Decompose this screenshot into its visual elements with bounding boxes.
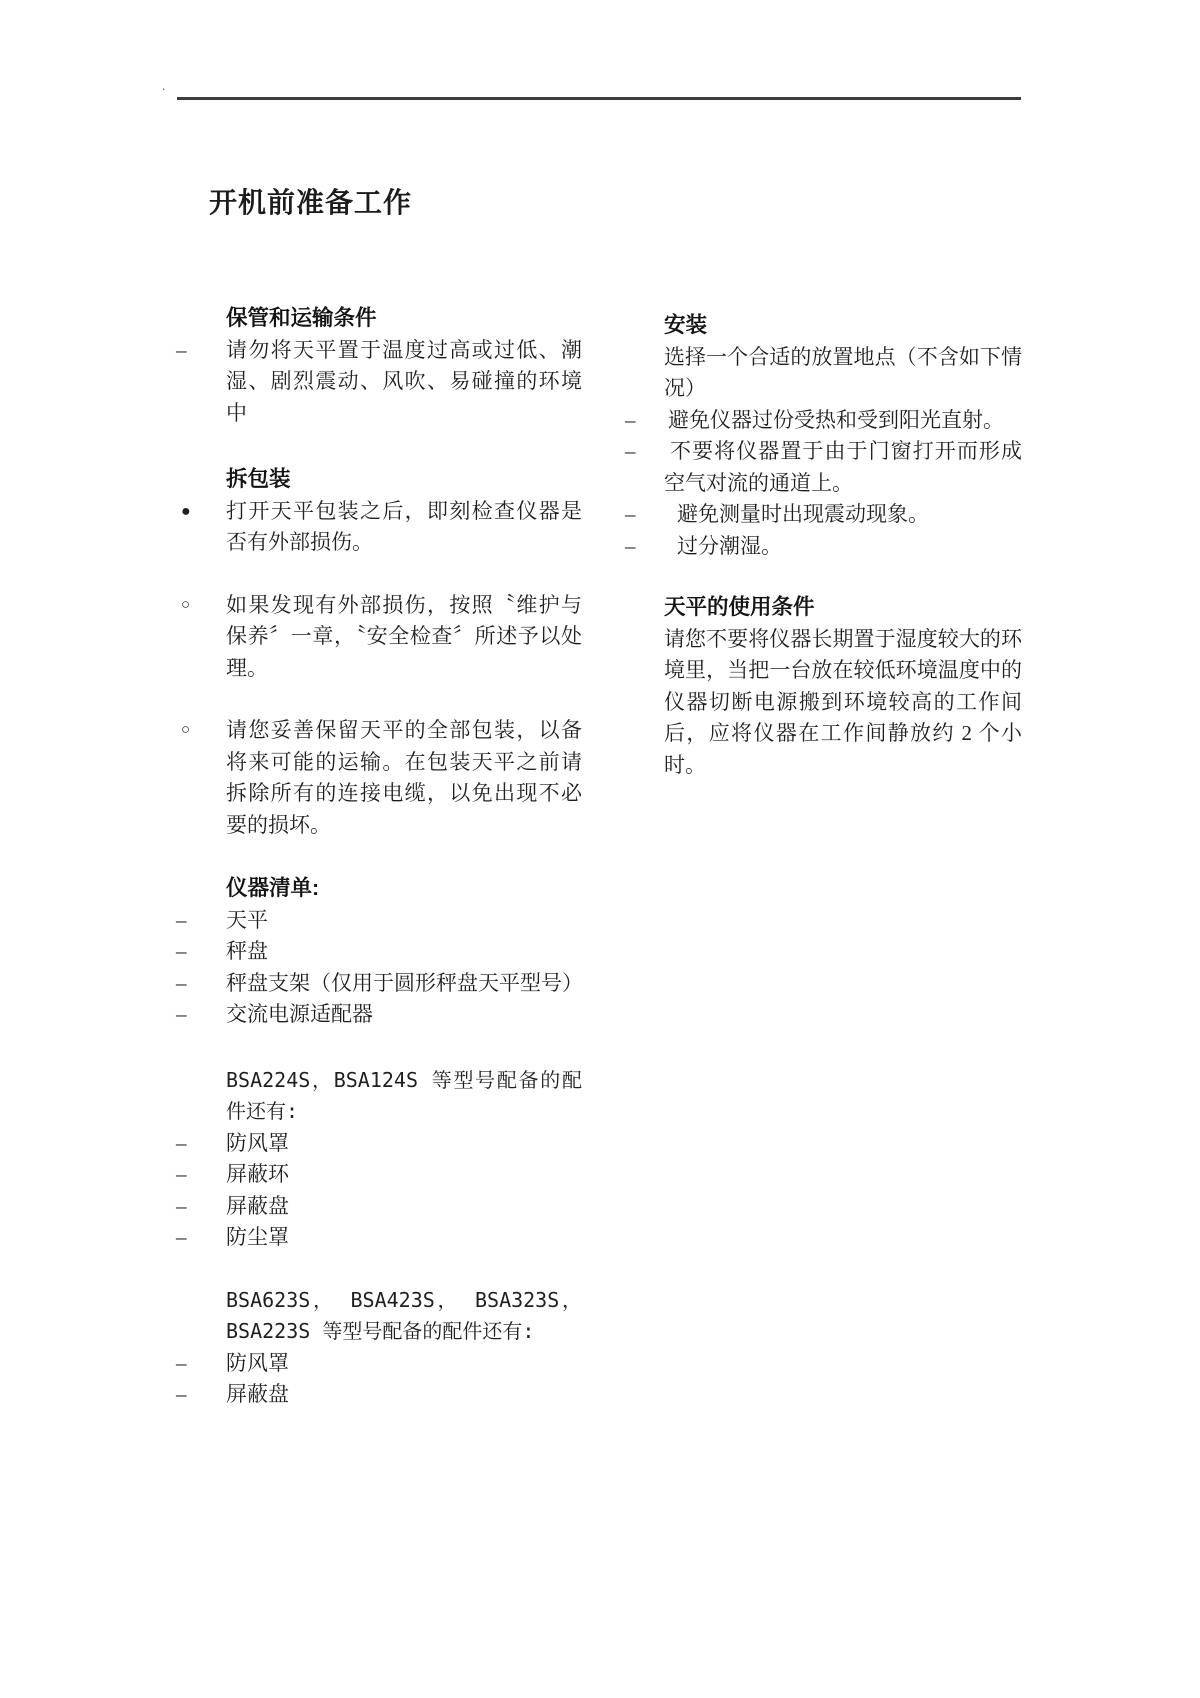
item-text: 请您妥善保留天平的全部包装，以备将来可能的运输。在包装天平之前请拆除所有的连接电… bbox=[226, 715, 582, 841]
list-item: – 屏蔽环 bbox=[174, 1159, 582, 1191]
install-intro: 选择一个合适的放置地点（不含如下情况） bbox=[625, 342, 1022, 405]
item-text: 过分潮湿。 bbox=[664, 531, 1022, 563]
dash-marker: – bbox=[174, 1379, 226, 1411]
dash-marker: – bbox=[174, 335, 226, 430]
list-item: – 避免测量时出现震动现象。 bbox=[625, 499, 1022, 531]
item-text: 防尘罩 bbox=[226, 1222, 582, 1254]
section-heading-unpack: 拆包装 bbox=[174, 464, 582, 496]
models-a-intro: BSA224S，BSA124S 等型号配备的配件还有: bbox=[174, 1065, 582, 1128]
section-heading-install: 安装 bbox=[625, 310, 1022, 342]
list-item: – 请勿将天平置于温度过高或过低、潮湿、剧烈震动、风吹、易碰撞的环境中 bbox=[174, 335, 582, 430]
list-item: ○ 请您妥善保留天平的全部包装，以备将来可能的运输。在包装天平之前请拆除所有的连… bbox=[174, 715, 582, 841]
dash-marker: – bbox=[174, 1222, 226, 1254]
dash-marker: – bbox=[174, 1348, 226, 1380]
dash-marker: – bbox=[625, 405, 664, 437]
item-text: 交流电源适配器 bbox=[226, 999, 582, 1031]
dash-marker: – bbox=[174, 1128, 226, 1160]
dash-marker: – bbox=[174, 999, 226, 1031]
section-heading-storage: 保管和运输条件 bbox=[174, 303, 582, 335]
item-text: 如果发现有外部损伤，按照〝维护与保养〞一章，〝安全检查〞所述予以处理。 bbox=[226, 590, 582, 685]
list-item: – 秤盘 bbox=[174, 936, 582, 968]
section-heading-instrument-list: 仪器清单: bbox=[174, 873, 582, 905]
list-item: – 避免仪器过份受热和受到阳光直射。 bbox=[625, 405, 1022, 437]
conditions-paragraph: 请您不要将仪器长期置于湿度较大的环境里，当把一台放在较低环境温度中的仪器切断电源… bbox=[625, 624, 1022, 782]
manual-page: . 开机前准备工作 保管和运输条件 – 请勿将天平置于温度过高或过低、潮湿、剧烈… bbox=[0, 0, 1200, 1698]
page-title: 开机前准备工作 bbox=[209, 187, 412, 221]
dash-marker: – bbox=[625, 436, 664, 499]
list-item: – 秤盘支架（仅用于圆形秤盘天平型号） bbox=[174, 968, 582, 1000]
item-text: 屏蔽盘 bbox=[226, 1191, 582, 1223]
item-text: 秤盘支架（仅用于圆形秤盘天平型号） bbox=[226, 968, 582, 1000]
item-text: 秤盘 bbox=[226, 936, 582, 968]
list-item: – 防风罩 bbox=[174, 1348, 582, 1380]
right-column: 安装 选择一个合适的放置地点（不含如下情况） – 避免仪器过份受热和受到阳光直射… bbox=[625, 310, 1022, 781]
list-item: – 防风罩 bbox=[174, 1128, 582, 1160]
item-text: 避免测量时出现震动现象。 bbox=[664, 499, 1022, 531]
dash-marker: – bbox=[174, 905, 226, 937]
dash-marker: – bbox=[174, 1159, 226, 1191]
list-item: – 天平 bbox=[174, 905, 582, 937]
item-text: 请勿将天平置于温度过高或过低、潮湿、剧烈震动、风吹、易碰撞的环境中 bbox=[226, 335, 582, 430]
models-b-intro: BSA623S， BSA423S， BSA323S，BSA223S 等型号配备的… bbox=[174, 1285, 582, 1348]
item-text: 屏蔽盘 bbox=[226, 1379, 582, 1411]
stray-dot: . bbox=[162, 78, 165, 94]
filled-bullet-marker: ● bbox=[174, 496, 226, 559]
item-text: 天平 bbox=[226, 905, 582, 937]
dash-marker: – bbox=[174, 1191, 226, 1223]
list-item: – 屏蔽盘 bbox=[174, 1191, 582, 1223]
item-text: 防风罩 bbox=[226, 1348, 582, 1380]
list-item: – 防尘罩 bbox=[174, 1222, 582, 1254]
dash-marker: – bbox=[174, 936, 226, 968]
dash-marker: – bbox=[174, 968, 226, 1000]
list-item: ● 打开天平包装之后，即刻检查仪器是否有外部损伤。 bbox=[174, 496, 582, 559]
section-heading-conditions: 天平的使用条件 bbox=[625, 592, 1022, 624]
dash-marker: – bbox=[625, 499, 664, 531]
open-bullet-marker: ○ bbox=[174, 590, 226, 685]
dash-marker: – bbox=[625, 531, 664, 563]
list-item: ○ 如果发现有外部损伤，按照〝维护与保养〞一章，〝安全检查〞所述予以处理。 bbox=[174, 590, 582, 685]
top-rule bbox=[177, 97, 1021, 100]
list-item: – 屏蔽盘 bbox=[174, 1379, 582, 1411]
item-text: 打开天平包装之后，即刻检查仪器是否有外部损伤。 bbox=[226, 496, 582, 559]
left-column: 保管和运输条件 – 请勿将天平置于温度过高或过低、潮湿、剧烈震动、风吹、易碰撞的… bbox=[174, 303, 582, 1411]
item-text: 屏蔽环 bbox=[226, 1159, 582, 1191]
list-item: – 交流电源适配器 bbox=[174, 999, 582, 1031]
item-text: 防风罩 bbox=[226, 1128, 582, 1160]
list-item: – 过分潮湿。 bbox=[625, 531, 1022, 563]
item-text: 不要将仪器置于由于门窗打开而形成空气对流的通道上。 bbox=[664, 436, 1022, 499]
list-item: – 不要将仪器置于由于门窗打开而形成空气对流的通道上。 bbox=[625, 436, 1022, 499]
item-text: 避免仪器过份受热和受到阳光直射。 bbox=[664, 405, 1022, 437]
open-bullet-marker: ○ bbox=[174, 715, 226, 841]
